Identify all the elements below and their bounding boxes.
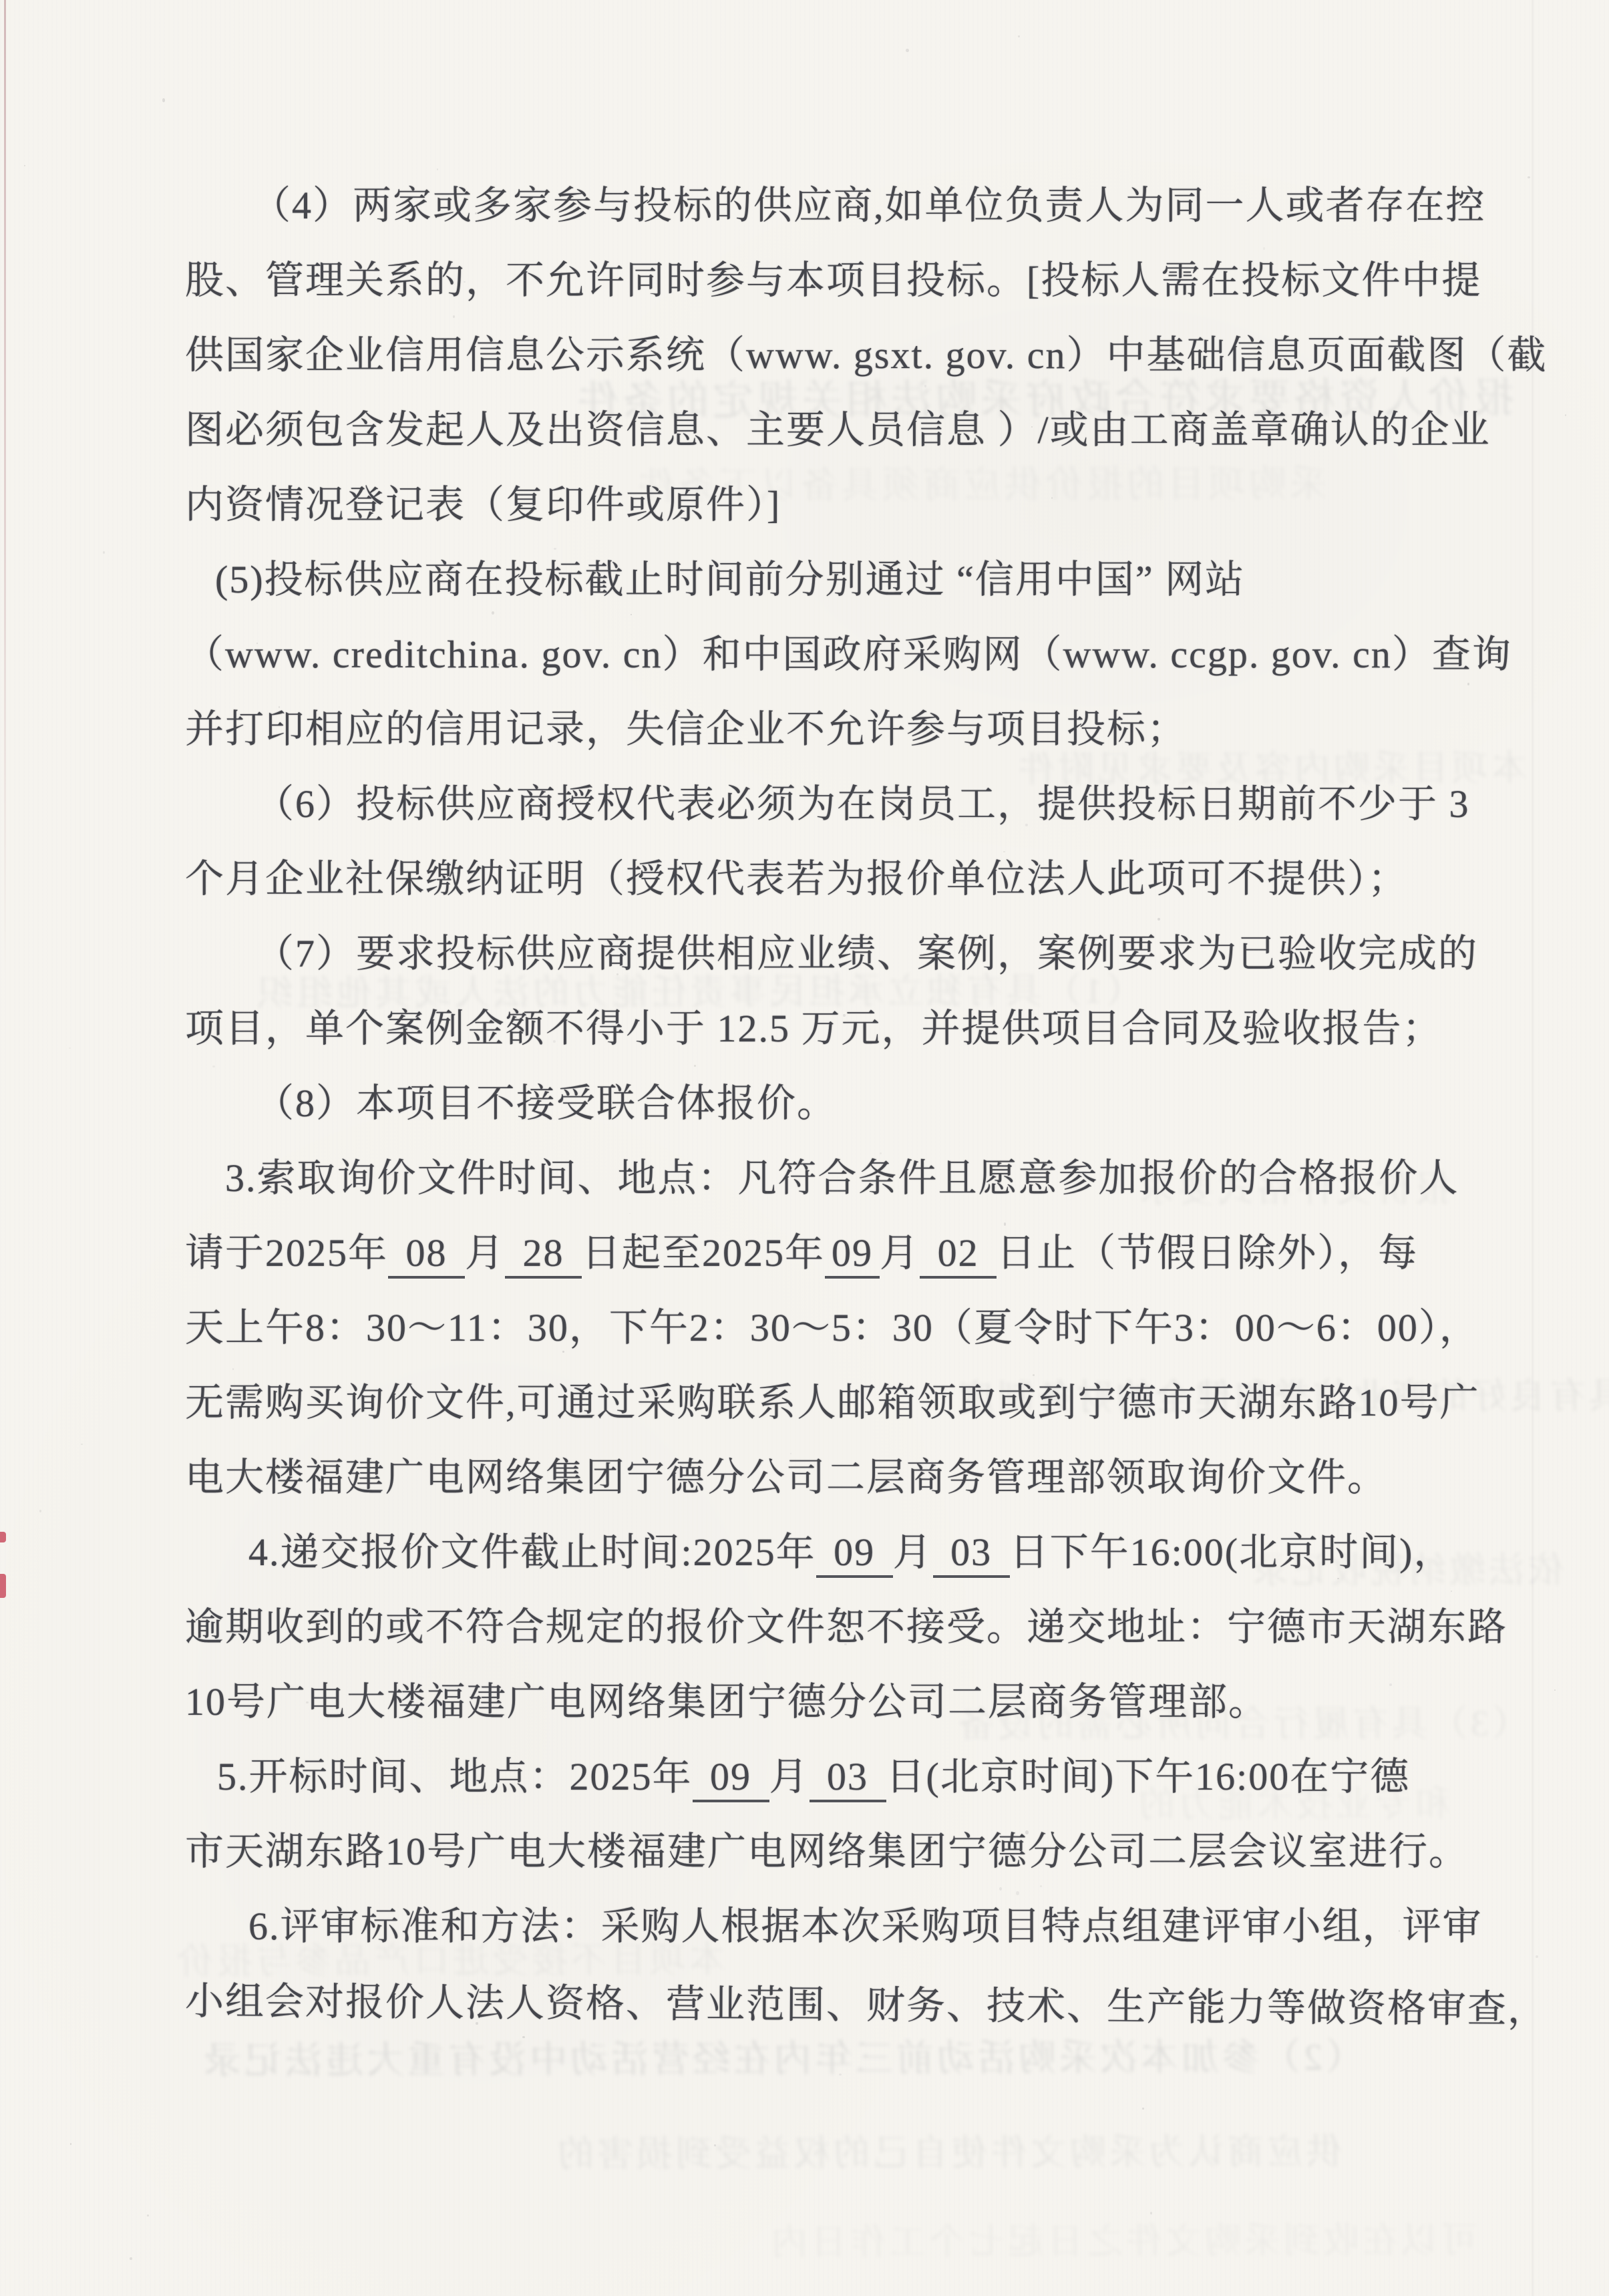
dust-speck	[250, 1839, 251, 1840]
text-segment: 月	[769, 1755, 810, 1798]
dust-speck	[839, 2074, 842, 2076]
fill-in-blank-underline: 09	[816, 1530, 893, 1578]
dust-speck	[1040, 1885, 1041, 1887]
dust-speck	[475, 212, 477, 214]
red-ink-mark	[0, 1532, 6, 1542]
document-line: 电大楼福建广电网络集团宁德分公司二层商务管理部领取询价文件。	[185, 1440, 1521, 1515]
document-line: 股、管理关系的，不允许同时参与本项目投标。[投标人需在投标文件中提	[185, 243, 1521, 318]
text-segment: 月	[465, 1231, 505, 1275]
document-line: (5)投标供应商在投标截止时间前分别通过 “信用中国” 网站	[185, 542, 1521, 617]
dust-speck	[1451, 1591, 1452, 1593]
dust-speck	[1536, 1955, 1538, 1958]
document-line: （4）两家或多家参与投标的供应商,如单位负责人为同一人或者存在控	[185, 168, 1521, 243]
fill-in-blank-underline: 09	[825, 1231, 880, 1279]
document-line: 并打印相应的信用记录，失信企业不允许参与项目投标；	[185, 692, 1521, 767]
text-segment: 图必须包含发起人及出资信息、主要人员信息 ）/或由工商盖章确认的企业	[185, 408, 1491, 452]
scan-edge-artifact	[4, 0, 6, 975]
text-segment: 逾期收到的或不符合规定的报价文件恕不接受。递交地址：宁德市天湖东路	[185, 1605, 1507, 1649]
bleedthrough-line: 可以在收到采购文件之日起七个工作日内	[768, 2211, 1477, 2265]
dust-speck	[371, 1404, 373, 1408]
document-line: 无需购买询价文件,可通过采购联系人邮箱领取或到宁德市天湖东路10号广	[185, 1365, 1521, 1440]
text-segment: 市天湖东路10号广电大楼福建广电网络集团宁德分公司二层会议室进行。	[185, 1830, 1469, 1873]
text-segment: 供国家企业信用信息公示系统（www. gsxt. gov. cn）中基础信息页面…	[185, 333, 1548, 377]
dust-speck	[147, 2215, 149, 2217]
dust-speck	[616, 973, 618, 976]
dust-speck	[81, 1444, 82, 1445]
text-segment: 项目，单个案例金额不得小于 12.5 万元，并提供项目合同及验收报告；	[185, 1007, 1443, 1050]
red-ink-mark	[0, 1574, 6, 1598]
fill-in-blank-underline: 03	[810, 1755, 886, 1802]
dust-speck	[631, 614, 632, 615]
document-line: 天上午8：30～11：30，下午2：30～5：30（夏令时下午3：00～6：00…	[185, 1291, 1521, 1365]
dust-speck	[880, 1152, 882, 1154]
dust-speck	[844, 1643, 847, 1645]
dust-speck	[1399, 1930, 1400, 1932]
text-segment: （6）投标供应商授权代表必须为在岗员工，提供投标日期前不少于 3	[255, 782, 1470, 826]
dust-speck	[1554, 1689, 1556, 1691]
dust-speck	[1142, 2108, 1144, 2110]
text-segment: 无需购买询价文件,可通过采购联系人邮箱领取或到宁德市天湖东路10号广	[185, 1381, 1480, 1424]
dust-speck	[554, 548, 556, 550]
fill-in-blank-underline: 28	[505, 1231, 582, 1279]
fill-in-blank-underline: 08	[388, 1231, 465, 1279]
document-line: 逾期收到的或不符合规定的报价文件恕不接受。递交地址：宁德市天湖东路	[185, 1590, 1521, 1665]
dust-speck	[522, 2036, 525, 2039]
dust-speck	[1528, 176, 1530, 178]
text-segment: 月	[880, 1231, 920, 1275]
dust-speck	[714, 2144, 716, 2146]
text-segment: 个月企业社保缴纳证明（授权代表若为报价单位法人此项可不提供）；	[185, 857, 1408, 900]
fill-in-blank-underline: 03	[933, 1530, 1010, 1578]
text-segment: 3.索取询价文件时间、地点：凡符合条件且愿意参加报价的合格报价人	[225, 1156, 1459, 1200]
dust-speck	[1004, 1222, 1006, 1226]
document-line: 项目，单个案例金额不得小于 12.5 万元，并提供项目合同及验收报告；	[185, 991, 1521, 1066]
text-segment: 5.开标时间、地点：2025年	[217, 1755, 693, 1798]
dust-speck	[232, 1368, 234, 1370]
text-segment: (5)投标供应商在投标截止时间前分别通过 “信用中国” 网站	[215, 558, 1245, 601]
document-line: （8）本项目不接受联合体报价。	[185, 1066, 1521, 1141]
fill-in-blank-underline: 09	[693, 1755, 769, 1802]
text-segment: 内资情况登记表（复印件或原件）]	[185, 483, 781, 526]
dust-speck	[69, 1047, 71, 1049]
dust-speck	[924, 385, 926, 387]
dust-speck	[1025, 1830, 1028, 1834]
dust-speck	[553, 1040, 556, 1042]
text-segment: （4）两家或多家参与投标的供应商,如单位负责人为同一人或者存在控	[252, 184, 1486, 227]
dust-speck	[843, 1014, 845, 1017]
document-line: 市天湖东路10号广电大楼福建广电网络集团宁德分公司二层会议室进行。	[185, 1814, 1521, 1889]
document-line: 10号广电大楼福建广电网络集团宁德分公司二层商务管理部。	[185, 1665, 1521, 1740]
dust-speck	[306, 1701, 309, 1703]
document-line: 请于2025年 08 月 28 日起至2025年09月 02 日止（节假日除外）…	[185, 1216, 1521, 1291]
document-line: 4.递交报价文件截止时间:2025年 09 月 03 日下午16:00(北京时间…	[185, 1515, 1521, 1590]
dust-speck	[1018, 35, 1020, 37]
text-segment: 小组会对报价人法人资格、营业范围、财务、技术、生产能力等做资格审查，	[185, 1979, 1548, 2031]
document-line: （7）要求投标供应商提供相应业绩、案例，案例要求为已验收完成的	[185, 917, 1521, 991]
text-segment: 请于2025年	[185, 1231, 388, 1275]
dust-speck	[999, 1887, 1002, 1891]
text-segment: 4.递交报价文件截止时间:2025年	[248, 1530, 816, 1574]
dust-speck	[24, 165, 25, 166]
text-segment: （7）要求投标供应商提供相应业绩、案例，案例要求为已验收完成的	[255, 932, 1478, 975]
document-line: 小组会对报价人法人资格、营业范围、财务、技术、生产能力等做资格审查，	[185, 1964, 1522, 2047]
dust-speck	[694, 1065, 695, 1067]
text-segment: 股、管理关系的，不允许同时参与本项目投标。[投标人需在投标文件中提	[185, 259, 1481, 302]
dust-speck	[1409, 1315, 1410, 1316]
text-segment: 日(北京时间)下午16:00在宁德	[886, 1755, 1411, 1798]
scanned-document-page: 报价人资格要求符合政府采购法相关规定的条件采购项目的报价供应商须具备以下条件本项…	[0, 0, 1609, 2296]
dust-speck	[1150, 2212, 1152, 2215]
document-line: （www. creditchina. gov. cn）和中国政府采购网（www.…	[185, 617, 1521, 692]
dust-speck	[130, 2257, 132, 2260]
text-segment: 月	[893, 1530, 933, 1574]
document-line: 图必须包含发起人及出资信息、主要人员信息 ）/或由工商盖章确认的企业	[185, 393, 1521, 468]
document-line: 供国家企业信用信息公示系统（www. gsxt. gov. cn）中基础信息页面…	[185, 318, 1521, 393]
dust-speck	[1016, 1891, 1019, 1895]
text-segment: 并打印相应的信用记录，失信企业不允许参与项目投标；	[185, 707, 1187, 751]
document-line: （6）投标供应商授权代表必须为在岗员工，提供投标日期前不少于 3	[185, 767, 1521, 842]
dust-speck	[562, 1351, 564, 1353]
text-segment: 日止（节假日除外），每	[997, 1231, 1418, 1275]
document-line: 个月企业社保缴纳证明（授权代表若为报价单位法人此项可不提供）；	[185, 842, 1521, 917]
fill-in-blank-underline: 02	[920, 1231, 997, 1279]
dust-speck	[1025, 824, 1027, 826]
document-line: 内资情况登记表（复印件或原件）]	[185, 468, 1521, 542]
dust-speck	[1263, 247, 1265, 250]
dust-speck	[1389, 1683, 1392, 1685]
paper-crease-line	[1532, 0, 1534, 2296]
dust-speck	[1565, 414, 1567, 416]
document-text-block: （4）两家或多家参与投标的供应商,如单位负责人为同一人或者存在控股、管理关系的，…	[185, 168, 1521, 2039]
dust-speck	[103, 551, 105, 554]
text-segment: 天上午8：30～11：30，下午2：30～5：30（夏令时下午3：00～6：00…	[185, 1306, 1479, 1349]
dust-speck	[39, 1510, 41, 1512]
dust-speck	[906, 49, 908, 52]
text-segment: 电大楼福建广电网络集团宁德分公司二层商务管理部领取询价文件。	[185, 1456, 1387, 1499]
dust-speck	[162, 98, 165, 102]
text-segment: （www. creditchina. gov. cn）和中国政府采购网（www.…	[185, 633, 1512, 676]
document-line: 6.评审标准和方法：采购人根据本次采购项目特点组建评审小组，评审	[185, 1889, 1521, 1964]
dust-speck	[70, 2143, 72, 2145]
text-segment: 10号广电大楼福建广电网络集团宁德分公司二层商务管理部。	[185, 1680, 1268, 1724]
text-segment: 日下午16:00(北京时间)，	[1010, 1530, 1454, 1574]
document-line: 5.开标时间、地点：2025年 09 月 03 日(北京时间)下午16:00在宁…	[185, 1740, 1521, 1814]
dust-speck	[319, 1488, 321, 1490]
text-segment: （8）本项目不接受联合体报价。	[255, 1082, 837, 1125]
text-segment: 6.评审标准和方法：采购人根据本次采购项目特点组建评审小组，评审	[248, 1905, 1483, 1948]
text-segment: 日起至2025年	[582, 1231, 825, 1275]
bleedthrough-line: 供应商认为采购文件使自己的权益受到损害的	[554, 2123, 1343, 2177]
document-line: 3.索取询价文件时间、地点：凡符合条件且愿意参加报价的合格报价人	[185, 1141, 1521, 1216]
